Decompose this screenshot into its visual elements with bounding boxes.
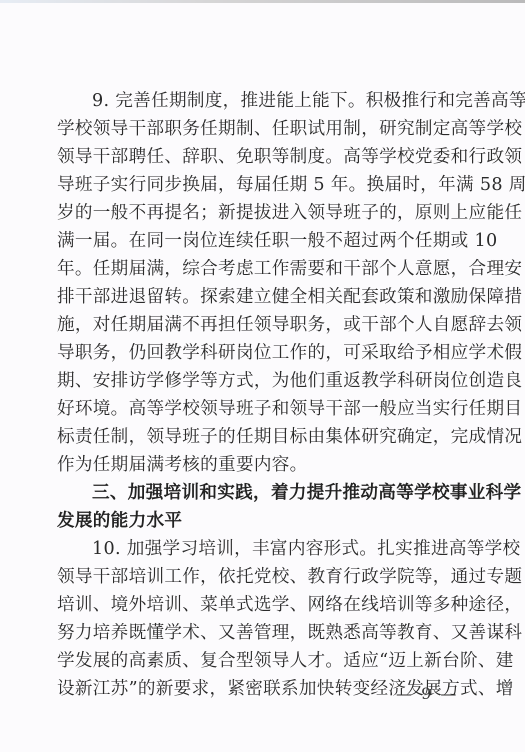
text-line: 学校领导干部职务任期制、任职试用制，研究制定高等学校: [57, 115, 463, 143]
document-page: 9. 完善任期制度，推进能上能下。积极推行和完善高等 学校领导干部职务任期制、任…: [0, 0, 525, 752]
text-line: 9. 完善任期制度，推进能上能下。积极推行和完善高等: [92, 87, 463, 115]
text-line: 10. 加强学习培训，丰富内容形式。扎实推进高等学校: [92, 535, 463, 563]
text-line: 岁的一般不再提名；新提拔进入领导班子的，原则上应能任: [57, 199, 463, 227]
text-line: 努力培养既懂学术、又善管理，既熟悉高等教育、又善谋科: [57, 619, 463, 647]
text-line: 培训、境外培训、菜单式选学、网络在线培训等多种途径，: [57, 591, 463, 619]
text-line: 施，对任期届满不再担任领导职务，或干部个人自愿辞去领: [57, 311, 463, 339]
text-line: 好环境。高等学校领导班子和领导干部一般应当实行任期目: [57, 395, 463, 423]
text-line: 导职务，仍回教学科研岗位工作的，可采取给予相应学术假: [57, 339, 463, 367]
text-line: 期、安排访学修学等方式，为他们重返教学科研岗位创造良: [57, 367, 463, 395]
text-line: 领导干部培训工作，依托党校、教育行政学院等，通过专题: [57, 563, 463, 591]
text-line: 排干部进退留转。探索建立健全相关配套政策和激励保障措: [57, 283, 463, 311]
text-line: 学发展的高素质、复合型领导人才。适应“迈上新台阶、建: [57, 647, 463, 675]
text-line: 作为任期届满考核的重要内容。: [57, 451, 463, 479]
section-heading: 发展的能力水平: [57, 507, 463, 535]
text-line: 标责任制，领导班子的任期目标由集体研究确定，完成情况: [57, 423, 463, 451]
text-line: 导班子实行同步换届，每届任期 5 年。换届时，年满 58 周: [57, 171, 463, 199]
text-line: 满一届。在同一岗位连续任职一般不超过两个任期或 10: [57, 227, 463, 255]
page-number: — 9 —: [396, 680, 458, 708]
section-heading: 三、加强培训和实践，着力提升推动高等学校事业科学: [92, 479, 463, 507]
text-line: 领导干部聘任、辞职、免职等制度。高等学校党委和行政领: [57, 143, 463, 171]
text-line: 年。任期届满，综合考虑工作需要和干部个人意愿，合理安: [57, 255, 463, 283]
